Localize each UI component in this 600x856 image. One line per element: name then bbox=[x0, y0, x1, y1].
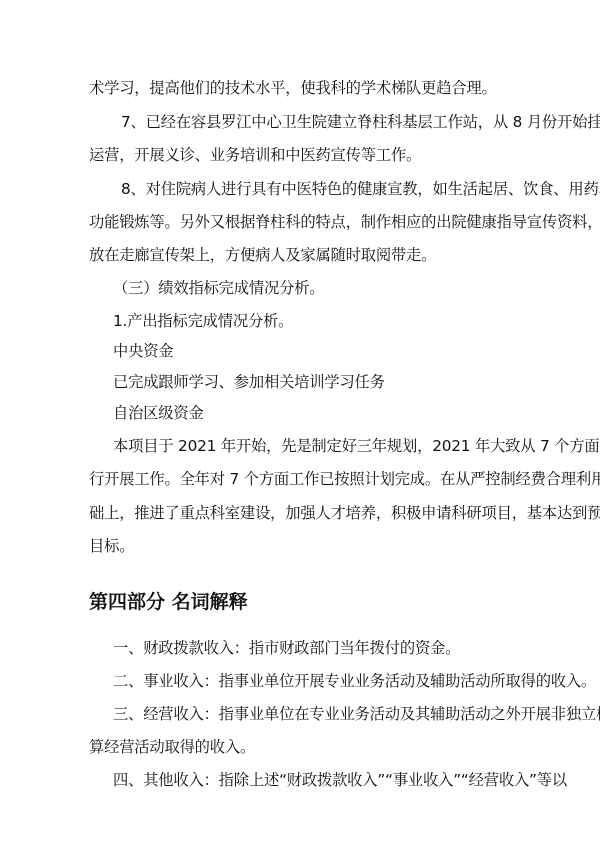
definition-line: 算经营活动取得的收入。 bbox=[89, 737, 515, 757]
paragraph-line: 功能锻炼等。另外又根据脊柱科的特点，制作相应的出院健康指导宣传资料，摆 bbox=[89, 212, 515, 232]
paragraph-line: 自治区级资金 bbox=[113, 403, 539, 423]
paragraph-line: 1.产出指标完成情况分析。 bbox=[113, 311, 539, 331]
definition-line: 一、财政拨款收入：指市财政部门当年拨付的资金。 bbox=[113, 638, 539, 658]
paragraph-line: 放在走廊宣传架上，方便病人及家属随时取阅带走。 bbox=[89, 245, 515, 265]
definition-line: 三、经营收入：指事业单位在专业业务活动及其辅助活动之外开展非独立核 bbox=[113, 704, 539, 724]
paragraph-line: 7、已经在容县罗江中心卫生院建立脊柱科基层工作站，从 8 月份开始挂牌 bbox=[121, 112, 515, 132]
paragraph-line: 行开展工作。全年对 7 个方面工作已按照计划完成。在从严控制经费合理利用基 bbox=[89, 469, 515, 489]
paragraph-line: 8、对住院病人进行具有中医特色的健康宣教，如生活起居、饮食、用药、 bbox=[121, 179, 515, 199]
section-heading: 第四部分 名词解释 bbox=[89, 590, 248, 614]
paragraph-line: 础上，推进了重点科室建设，加强人才培养，积极申请科研项目，基本达到预期 bbox=[89, 503, 515, 523]
paragraph-line: 术学习，提高他们的技术水平，使我科的学术梯队更趋合理。 bbox=[89, 78, 515, 98]
paragraph-line: 中央资金 bbox=[113, 341, 539, 361]
subsection-heading: （三）绩效指标完成情况分析。 bbox=[113, 278, 539, 298]
definition-line: 二、事业收入：指事业单位开展专业业务活动及辅助活动所取得的收入。 bbox=[113, 671, 539, 691]
document-page: 术学习，提高他们的技术水平，使我科的学术梯队更趋合理。 7、已经在容县罗江中心卫… bbox=[0, 0, 600, 856]
definition-line: 四、其他收入：指除上述“财政拨款收入”“事业收入”“经营收入”等以 bbox=[113, 770, 539, 790]
paragraph-line: 本项目于 2021 年开始，先是制定好三年规划，2021 年大致从 7 个方面进 bbox=[113, 436, 539, 456]
paragraph-line: 已完成跟师学习、参加相关培训学习任务 bbox=[113, 372, 539, 392]
paragraph-line: 运营，开展义诊、业务培训和中医药宣传等工作。 bbox=[89, 145, 515, 165]
paragraph-line: 目标。 bbox=[89, 536, 515, 556]
